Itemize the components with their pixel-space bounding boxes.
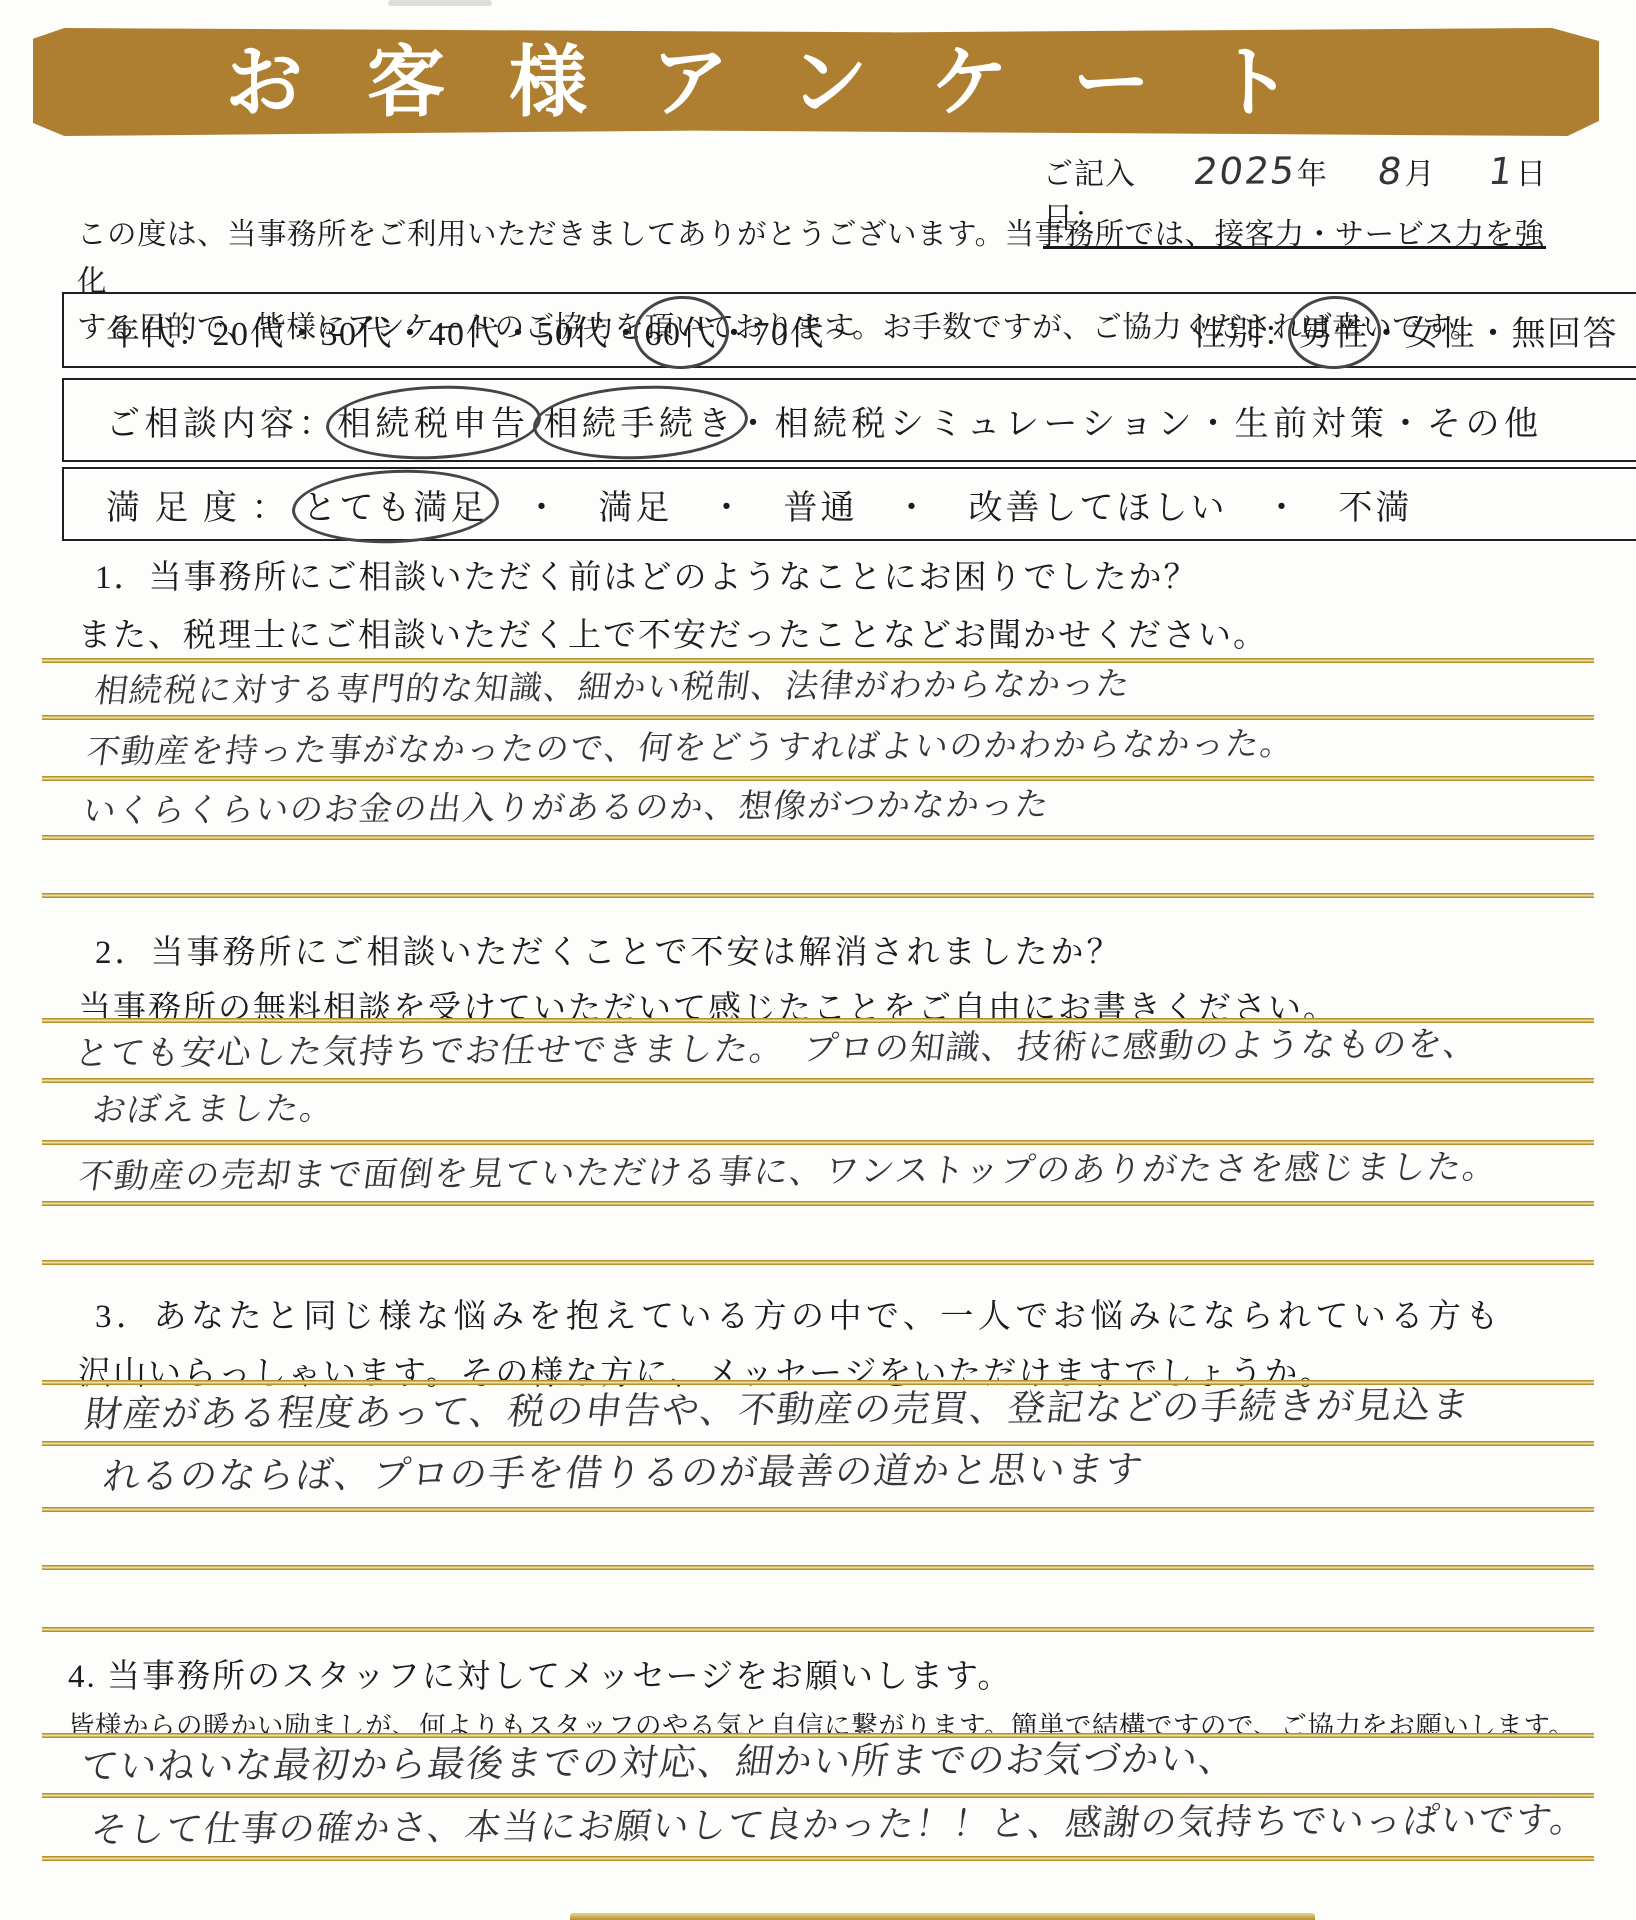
q1-answer-line-2: 不動産を持った事がなかったので、何をどうすればよいのかわからなかった。 <box>42 720 1594 781</box>
q4-answer-line-2: そして仕事の確かさ、本当にお願いして良かった！！と、感謝の気持ちでいっぱいです。 <box>42 1798 1594 1861</box>
q1-answer-area: 相続税に対する専門的な知識、細かい税制、法律がわからなかった 不動産を持った事が… <box>42 658 1594 898</box>
scan-artifact-top <box>388 0 492 6</box>
q4-answer-line-1: ていねいな最初から最後までの対応、細かい所までのお気づかい、 <box>42 1738 1594 1798</box>
q4-answer-area: ていねいな最初から最後までの対応、細かい所までのお気づかい、 そして仕事の確かさ… <box>42 1733 1594 1861</box>
satisfaction-box: 満 足 度 ： とても満足 ・ 満足 ・ 普通 ・ 改善してほしい ・ 不満 <box>62 467 1636 541</box>
date-month-unit: 月 <box>1404 149 1434 193</box>
satisfaction-options-suffix: ・ 満足 ・ 普通 ・ 改善してほしい ・ 不満 <box>488 480 1413 529</box>
consultation-options-suffix: ・相続税シミュレーション・生前対策・その他 <box>736 396 1542 445</box>
handwritten-answer: いくらくらいのお金の出入りがあるのか、想像がつかなかった <box>80 778 1053 832</box>
handwritten-answer: おぼえました。 <box>90 1082 338 1131</box>
q2-heading: 2．当事務所にご相談いただくことで不安は解消されましたか？ <box>95 926 1123 973</box>
consultation-box: ご相談内容： 相続税申告 相続手続き ・相続税シミュレーション・生前対策・その他 <box>62 378 1636 462</box>
handwritten-answer: そして仕事の確かさ、本当にお願いして良かった！！と、感謝の気持ちでいっぱいです。 <box>88 1792 1592 1853</box>
q4-heading: 4. 当事務所のスタッフに対してメッセージをお願いします。 <box>68 1650 1012 1697</box>
handwritten-answer: れるのならば、プロの手を借りるのが最善の道かと思います <box>100 1439 1148 1500</box>
q3-answer-area: 財産がある程度あって、税の申告や、不動産の売買、登記などの手続きが見込ま れるの… <box>42 1380 1594 1632</box>
date-month-value: 8 <box>1375 150 1406 193</box>
q1-answer-line-1: 相続税に対する専門的な知識、細かい税制、法律がわからなかった <box>42 663 1594 720</box>
satisfaction-option-very-satisfied: とても満足 <box>303 480 488 529</box>
survey-page: お客様アンケート ご記入日： 2025 年 8 月 1 日 この度は、当事務所を… <box>0 0 1636 1920</box>
age-option-60s: 60代 <box>645 306 718 355</box>
q1-answer-line-3: いくらくらいのお金の出入りがあるのか、想像がつかなかった <box>42 781 1594 840</box>
gender-label: 性別： <box>1192 306 1299 355</box>
consultation-option-inheritance-procedure: 相続手続き <box>544 396 737 445</box>
handwritten-answer: 相続税に対する専門的な知識、細かい税制、法律がわからなかった <box>92 658 1134 712</box>
handwritten-answer: 不動産の売却まで面倒を見ていただける事に、ワンストップのありがたさを感じました。 <box>76 1139 1502 1198</box>
q3-answer-line-4 <box>42 1570 1594 1632</box>
scan-artifact-bottom <box>570 1913 1315 1920</box>
gender-option-male: 男性 <box>1299 306 1370 355</box>
q3-heading: 3．あなたと同じ様な悩みを抱えている方の中で、一人でお悩みになられている方も <box>95 1290 1503 1337</box>
header-banner: お客様アンケート <box>33 28 1599 136</box>
q1-heading: 1．当事務所にご相談いただく前はどのようなことにお困りでしたか？ <box>95 551 1199 598</box>
page-title: お客様アンケート <box>33 28 1599 138</box>
date-year-value: 2025 <box>1191 149 1299 193</box>
q2-answer-line-1: とても安心した気持ちでお任せできました。 プロの知識、技術に感動のようなものを、 <box>42 1023 1594 1083</box>
age-options-group: 年代：20代・30代・40代・50代・ 60代 ・70代～ <box>106 306 861 355</box>
q2-answer-line-3: 不動産の売却まで面倒を見ていただける事に、ワンストップのありがたさを感じました。 <box>42 1145 1594 1206</box>
satisfaction-label: 満 足 度 ： <box>106 480 289 529</box>
gender-options-group: 性別： 男性 ・女性・無回答 <box>1192 306 1618 355</box>
age-options-suffix: ・70代～ <box>717 306 861 355</box>
handwritten-answer: 不動産を持った事がなかったので、何をどうすればよいのかわからなかった。 <box>84 718 1298 773</box>
q3-answer-line-2: れるのならば、プロの手を借りるのが最善の道かと思います <box>42 1446 1594 1512</box>
q1-subheading: また、税理士にご相談いただく上で不安だったことなどお聞かせください。 <box>78 609 1268 656</box>
handwritten-answer: とても安心した気持ちでお任せできました。 プロの知識、技術に感動のようなものを、 <box>72 1016 1483 1075</box>
q3-answer-line-1: 財産がある程度あって、税の申告や、不動産の売買、登記などの手続きが見込ま <box>42 1385 1594 1446</box>
consultation-option-inheritance-tax-filing: 相続税申告 <box>337 396 530 445</box>
date-year-unit: 年 <box>1297 149 1327 193</box>
handwritten-answer: ていねいな最初から最後までの対応、細かい所までのお気づかい、 <box>78 1728 1241 1790</box>
q1-answer-line-4 <box>42 840 1594 898</box>
consultation-label: ご相談内容： <box>106 396 337 445</box>
age-options-prefix: 年代：20代・30代・40代・50代・ <box>106 306 645 355</box>
q2-answer-area: とても安心した気持ちでお任せできました。 プロの知識、技術に感動のようなものを、… <box>42 1018 1594 1265</box>
date-day-unit: 日 <box>1516 149 1546 193</box>
date-day-value: 1 <box>1486 150 1517 193</box>
q2-answer-line-2: おぼえました。 <box>42 1083 1594 1145</box>
q3-answer-line-3 <box>42 1512 1594 1570</box>
gender-options-suffix: ・女性・無回答 <box>1370 306 1619 355</box>
q2-answer-line-4 <box>42 1206 1594 1265</box>
demographics-box: 年代：20代・30代・40代・50代・ 60代 ・70代～ 性別： 男性 ・女性… <box>62 292 1636 368</box>
handwritten-answer: 財産がある程度あって、税の申告や、不動産の売買、登記などの手続きが見込ま <box>82 1374 1475 1438</box>
